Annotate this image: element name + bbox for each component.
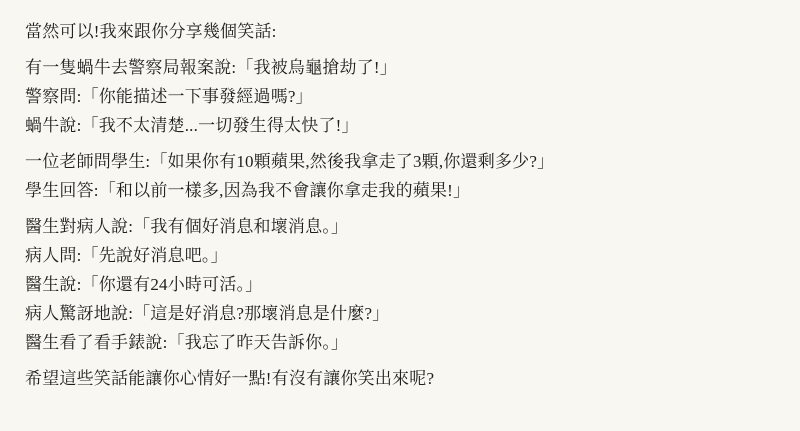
message-line: 希望這些笑話能讓你心情好一點!有沒有讓你笑出來呢? [25, 364, 776, 393]
message-line: 學生回答:「和以前一樣多,因為我不會讓你拿走我的蘋果!」 [25, 176, 776, 205]
paragraph-apple-joke: 一位老師問學生:「如果你有10顆蘋果,然後我拿走了3顆,你還剩多少?」 學生回答… [25, 147, 776, 205]
message-line: 蝸牛說:「我不太清楚...一切發生得太快了!」 [25, 111, 776, 140]
message-line: 一位老師問學生:「如果你有10顆蘋果,然後我拿走了3顆,你還剩多少?」 [25, 147, 776, 176]
paragraph-intro: 當然可以!我來跟你分享幾個笑話: [25, 17, 776, 46]
message-line: 醫生說:「你還有24小時可活。」 [25, 270, 776, 299]
message-line: 當然可以!我來跟你分享幾個笑話: [25, 17, 776, 46]
message-line: 病人問:「先說好消息吧。」 [25, 241, 776, 270]
message-line: 有一隻蝸牛去警察局報案說:「我被烏龜搶劫了!」 [25, 53, 776, 82]
paragraph-closing: 希望這些笑話能讓你心情好一點!有沒有讓你笑出來呢? [25, 364, 776, 393]
paragraph-doctor-joke: 醫生對病人說:「我有個好消息和壞消息。」 病人問:「先說好消息吧。」 醫生說:「… [25, 212, 776, 357]
message-line: 醫生看了看手錶說:「我忘了昨天告訴你。」 [25, 328, 776, 357]
message-line: 警察問:「你能描述一下事發經過嗎?」 [25, 82, 776, 111]
message-line: 病人驚訝地說:「這是好消息?那壞消息是什麼?」 [25, 299, 776, 328]
chat-message-body: 當然可以!我來跟你分享幾個笑話: 有一隻蝸牛去警察局報案說:「我被烏龜搶劫了!」… [0, 0, 800, 393]
paragraph-snail-joke: 有一隻蝸牛去警察局報案說:「我被烏龜搶劫了!」 警察問:「你能描述一下事發經過嗎… [25, 53, 776, 140]
message-line: 醫生對病人說:「我有個好消息和壞消息。」 [25, 212, 776, 241]
